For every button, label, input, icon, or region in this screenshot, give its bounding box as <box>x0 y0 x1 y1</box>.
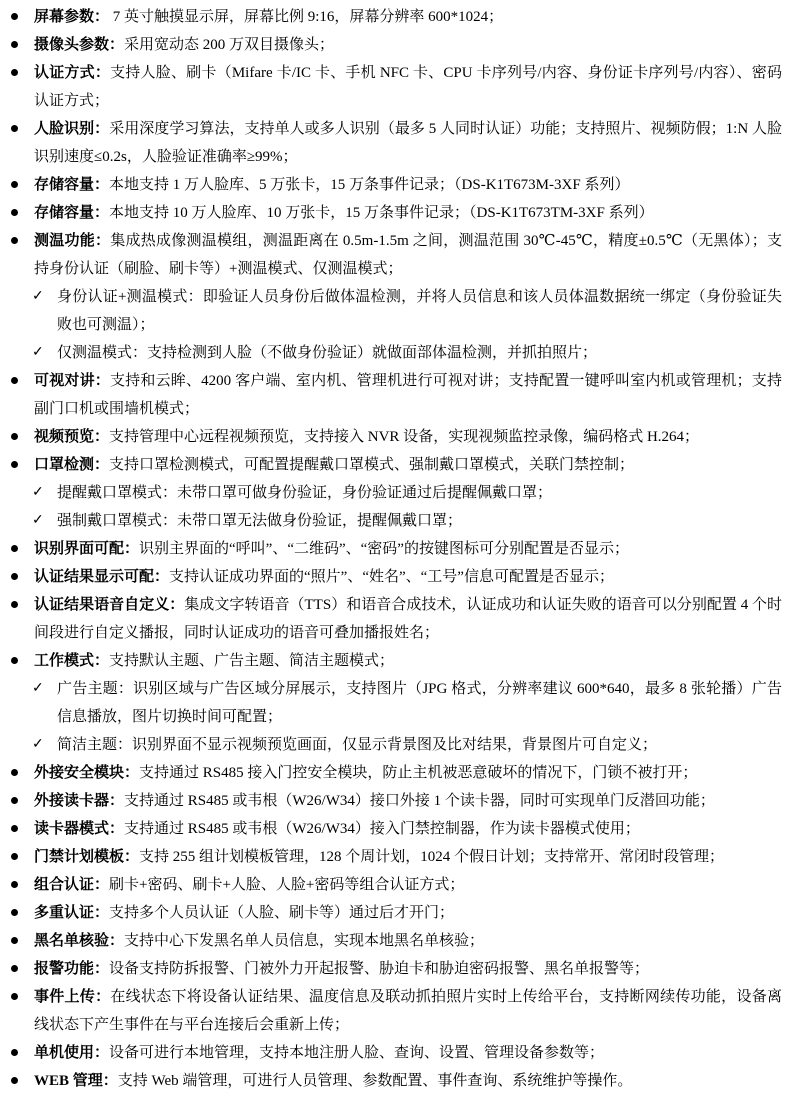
bullet-icon <box>11 657 18 664</box>
feature-text: 支持口罩检测模式，可配置提醒戴口罩模式、强制戴口罩模式，关联门禁控制； <box>109 457 634 473</box>
feature-label: WEB 管理： <box>34 1073 118 1089</box>
check-icon: ✓ <box>32 731 44 759</box>
feature-label: 可视对讲： <box>34 373 110 389</box>
feature-label: 事件上传： <box>34 989 110 1005</box>
check-icon: ✓ <box>32 675 44 703</box>
feature-text: 支持人脸、刷卡（Mifare 卡/IC 卡、手机 NFC 卡、CPU 卡序列号/… <box>34 65 782 109</box>
bullet-icon <box>11 797 18 804</box>
feature-item: 存储容量：本地支持 1 万人脸库、5 万张卡，15 万条事件记录；（DS-K1T… <box>0 171 782 199</box>
feature-text: 支持认证成功界面的“照片”、“姓名”、“工号”信息可配置是否显示； <box>169 569 614 585</box>
feature-label: 报警功能： <box>34 961 109 977</box>
bullet-icon <box>11 545 18 552</box>
check-icon: ✓ <box>32 479 44 507</box>
feature-label: 口罩检测： <box>34 457 109 473</box>
feature-text: 支持默认主题、广告主题、简洁主题模式； <box>109 653 394 669</box>
feature-label: 黑名单核验： <box>34 933 124 949</box>
feature-item: 报警功能：设备支持防拆报警、门被外力开起报警、胁迫卡和胁迫密码报警、黑名单报警等… <box>0 955 782 983</box>
feature-subitem: ✓身份认证+测温模式：即验证人员身份后做体温检测，并将人员信息和该人员体温数据统… <box>0 283 782 339</box>
feature-text: 识别区域与广告区域分屏展示，支持图片（JPG 格式，分辨率建议 600*640，… <box>57 681 782 725</box>
feature-text: 设备支持防拆报警、门被外力开起报警、胁迫卡和胁迫密码报警、黑名单报警等； <box>109 961 649 977</box>
feature-item: 外接安全模块：支持通过 RS485 接入门控安全模块，防止主机被恶意破坏的情况下… <box>0 759 782 787</box>
feature-text: 刷卡+密码、刷卡+人脸、人脸+密码等组合认证方式； <box>109 877 464 893</box>
bullet-icon <box>11 993 18 1000</box>
feature-label: 提醒戴口罩模式： <box>57 485 177 501</box>
feature-item: 存储容量：本地支持 10 万人脸库、10 万张卡，15 万条事件记录；（DS-K… <box>0 199 782 227</box>
feature-text: 未带口罩可做身份验证，身份验证通过后提醒佩戴口罩； <box>177 485 552 501</box>
feature-label: 外接安全模块： <box>34 765 139 781</box>
feature-text: 本地支持 10 万人脸库、10 万张卡，15 万条事件记录；（DS-K1T673… <box>109 205 654 221</box>
feature-label: 读卡器模式： <box>34 821 124 837</box>
feature-item: WEB 管理：支持 Web 端管理，可进行人员管理、参数配置、事件查询、系统维护… <box>0 1067 782 1095</box>
feature-item: 黑名单核验：支持中心下发黑名单人员信息，实现本地黑名单核验； <box>0 927 782 955</box>
feature-item: 口罩检测：支持口罩检测模式，可配置提醒戴口罩模式、强制戴口罩模式，关联门禁控制； <box>0 451 782 479</box>
feature-text: 支持 255 组计划模板管理，128 个周计划，1024 个假日计划；支持常开、… <box>139 849 724 865</box>
feature-label: 测温功能： <box>34 233 110 249</box>
feature-label: 身份认证+测温模式： <box>57 289 203 305</box>
feature-item: 门禁计划模板：支持 255 组计划模板管理，128 个周计划，1024 个假日计… <box>0 843 782 871</box>
feature-text: 采用宽动态 200 万双目摄像头； <box>124 37 334 53</box>
feature-label: 存储容量： <box>34 177 109 193</box>
feature-item: 认证结果语音自定义：集成文字转语音（TTS）和语音合成技术，认证成功和认证失败的… <box>0 591 782 647</box>
bullet-icon <box>11 909 18 916</box>
feature-label: 广告主题： <box>57 681 133 697</box>
feature-label: 存储容量： <box>34 205 109 221</box>
bullet-icon <box>11 69 18 76</box>
feature-text: 集成热成像测温模组，测温距离在 0.5m-1.5m 之间，测温范围 30℃-45… <box>34 233 782 277</box>
check-icon: ✓ <box>32 507 44 535</box>
feature-text: 本地支持 1 万人脸库、5 万张卡，15 万条事件记录；（DS-K1T673M-… <box>109 177 629 193</box>
feature-text: 识别界面不显示视频预览画面，仅显示背景图及比对结果，背景图片可自定义； <box>132 737 657 753</box>
feature-item: 事件上传：在线状态下将设备认证结果、温度信息及联动抓拍照片实时上传给平台，支持断… <box>0 983 782 1039</box>
feature-text: 在线状态下将设备认证结果、温度信息及联动抓拍照片实时上传给平台，支持断网续传功能… <box>34 989 782 1033</box>
feature-text: 支持中心下发黑名单人员信息，实现本地黑名单核验； <box>124 933 484 949</box>
feature-item: 视频预览：支持管理中心远程视频预览，支持接入 NVR 设备，实现视频监控录像，编… <box>0 423 782 451</box>
feature-subitem: ✓广告主题：识别区域与广告区域分屏展示，支持图片（JPG 格式，分辨率建议 60… <box>0 675 782 731</box>
feature-item: 外接读卡器：支持通过 RS485 或韦根（W26/W34）接口外接 1 个读卡器… <box>0 787 782 815</box>
bullet-icon <box>11 769 18 776</box>
bullet-icon <box>11 181 18 188</box>
bullet-icon <box>11 209 18 216</box>
feature-text: 采用深度学习算法，支持单人或多人识别（最多 5 人同时认证）功能；支持照片、视频… <box>34 121 782 165</box>
bullet-icon <box>11 461 18 468</box>
feature-item: 认证结果显示可配：支持认证成功界面的“照片”、“姓名”、“工号”信息可配置是否显… <box>0 563 782 591</box>
feature-label: 简洁主题： <box>57 737 132 753</box>
feature-label: 认证结果显示可配： <box>34 569 169 585</box>
feature-label: 组合认证： <box>34 877 109 893</box>
feature-item: 测温功能：集成热成像测温模组，测温距离在 0.5m-1.5m 之间，测温范围 3… <box>0 227 782 283</box>
feature-text: 支持 Web 端管理，可进行人员管理、参数配置、事件查询、系统维护等操作。 <box>118 1073 633 1089</box>
bullet-icon <box>11 881 18 888</box>
feature-label: 工作模式： <box>34 653 109 669</box>
feature-subitem: ✓提醒戴口罩模式：未带口罩可做身份验证，身份验证通过后提醒佩戴口罩； <box>0 479 782 507</box>
bullet-icon <box>11 1077 18 1084</box>
bullet-icon <box>11 937 18 944</box>
feature-text: 7 英寸触摸显示屏，屏幕比例 9:16，屏幕分辨率 600*1024； <box>109 9 503 25</box>
feature-label: 多重认证： <box>34 905 109 921</box>
bullet-icon <box>11 125 18 132</box>
feature-item: 可视对讲：支持和云眸、4200 客户端、室内机、管理机进行可视对讲；支持配置一键… <box>0 367 782 423</box>
feature-item: 识别界面可配：识别主界面的“呼叫”、“二维码”、“密码”的按键图标可分别配置是否… <box>0 535 782 563</box>
feature-subitem: ✓仅测温模式：支持检测到人脸（不做身份验证）就做面部体温检测，并抓拍照片； <box>0 339 782 367</box>
feature-text: 未带口罩无法做身份验证，提醒佩戴口罩； <box>177 513 462 529</box>
bullet-icon <box>11 433 18 440</box>
feature-text: 支持通过 RS485 接入门控安全模块，防止主机被恶意破坏的情况下，门锁不被打开… <box>139 765 697 781</box>
feature-text: 设备可进行本地管理，支持本地注册人脸、查询、设置、管理设备参数等； <box>109 1045 604 1061</box>
feature-subitem: ✓强制戴口罩模式：未带口罩无法做身份验证，提醒佩戴口罩； <box>0 507 782 535</box>
feature-text: 识别主界面的“呼叫”、“二维码”、“密码”的按键图标可分别配置是否显示； <box>139 541 629 557</box>
feature-subitem: ✓简洁主题：识别界面不显示视频预览画面，仅显示背景图及比对结果，背景图片可自定义… <box>0 731 782 759</box>
feature-item: 屏幕参数： 7 英寸触摸显示屏，屏幕比例 9:16，屏幕分辨率 600*1024… <box>0 3 782 31</box>
feature-item: 认证方式：支持人脸、刷卡（Mifare 卡/IC 卡、手机 NFC 卡、CPU … <box>0 59 782 115</box>
feature-label: 认证结果语音自定义： <box>34 597 184 613</box>
feature-item: 人脸识别：采用深度学习算法，支持单人或多人识别（最多 5 人同时认证）功能；支持… <box>0 115 782 171</box>
bullet-icon <box>11 965 18 972</box>
bullet-icon <box>11 13 18 20</box>
feature-label: 屏幕参数： <box>34 9 109 25</box>
feature-label: 人脸识别： <box>34 121 109 137</box>
feature-list: 屏幕参数： 7 英寸触摸显示屏，屏幕比例 9:16，屏幕分辨率 600*1024… <box>0 3 782 1095</box>
feature-item: 工作模式：支持默认主题、广告主题、简洁主题模式； <box>0 647 782 675</box>
feature-text: 支持检测到人脸（不做身份验证）就做面部体温检测，并抓拍照片； <box>147 345 597 361</box>
bullet-icon <box>11 601 18 608</box>
feature-text: 支持和云眸、4200 客户端、室内机、管理机进行可视对讲；支持配置一键呼叫室内机… <box>34 373 782 417</box>
feature-label: 认证方式： <box>34 65 110 81</box>
bullet-icon <box>11 573 18 580</box>
check-icon: ✓ <box>32 283 44 311</box>
feature-label: 识别界面可配： <box>34 541 139 557</box>
feature-label: 门禁计划模板： <box>34 849 139 865</box>
feature-item: 摄像头参数：采用宽动态 200 万双目摄像头； <box>0 31 782 59</box>
bullet-icon <box>11 1049 18 1056</box>
feature-label: 外接读卡器： <box>34 793 124 809</box>
feature-text: 支持多个人员认证（人脸、刷卡等）通过后才开门； <box>109 905 454 921</box>
bullet-icon <box>11 41 18 48</box>
feature-text: 支持通过 RS485 或韦根（W26/W34）接入门禁控制器，作为读卡器模式使用… <box>124 821 640 837</box>
feature-item: 组合认证：刷卡+密码、刷卡+人脸、人脸+密码等组合认证方式； <box>0 871 782 899</box>
feature-item: 多重认证：支持多个人员认证（人脸、刷卡等）通过后才开门； <box>0 899 782 927</box>
feature-label: 视频预览： <box>34 429 109 445</box>
bullet-icon <box>11 377 18 384</box>
feature-label: 摄像头参数： <box>34 37 124 53</box>
feature-label: 仅测温模式： <box>57 345 147 361</box>
feature-item: 单机使用：设备可进行本地管理，支持本地注册人脸、查询、设置、管理设备参数等； <box>0 1039 782 1067</box>
bullet-icon <box>11 825 18 832</box>
spec-document-page: 屏幕参数： 7 英寸触摸显示屏，屏幕比例 9:16，屏幕分辨率 600*1024… <box>0 0 790 1095</box>
feature-text: 支持管理中心远程视频预览，支持接入 NVR 设备，实现视频监控录像，编码格式 H… <box>109 429 699 445</box>
feature-label: 强制戴口罩模式： <box>57 513 177 529</box>
bullet-icon <box>11 237 18 244</box>
feature-text: 支持通过 RS485 或韦根（W26/W34）接口外接 1 个读卡器，同时可实现… <box>124 793 715 809</box>
feature-item: 读卡器模式：支持通过 RS485 或韦根（W26/W34）接入门禁控制器，作为读… <box>0 815 782 843</box>
bullet-icon <box>11 853 18 860</box>
feature-label: 单机使用： <box>34 1045 109 1061</box>
check-icon: ✓ <box>32 339 44 367</box>
